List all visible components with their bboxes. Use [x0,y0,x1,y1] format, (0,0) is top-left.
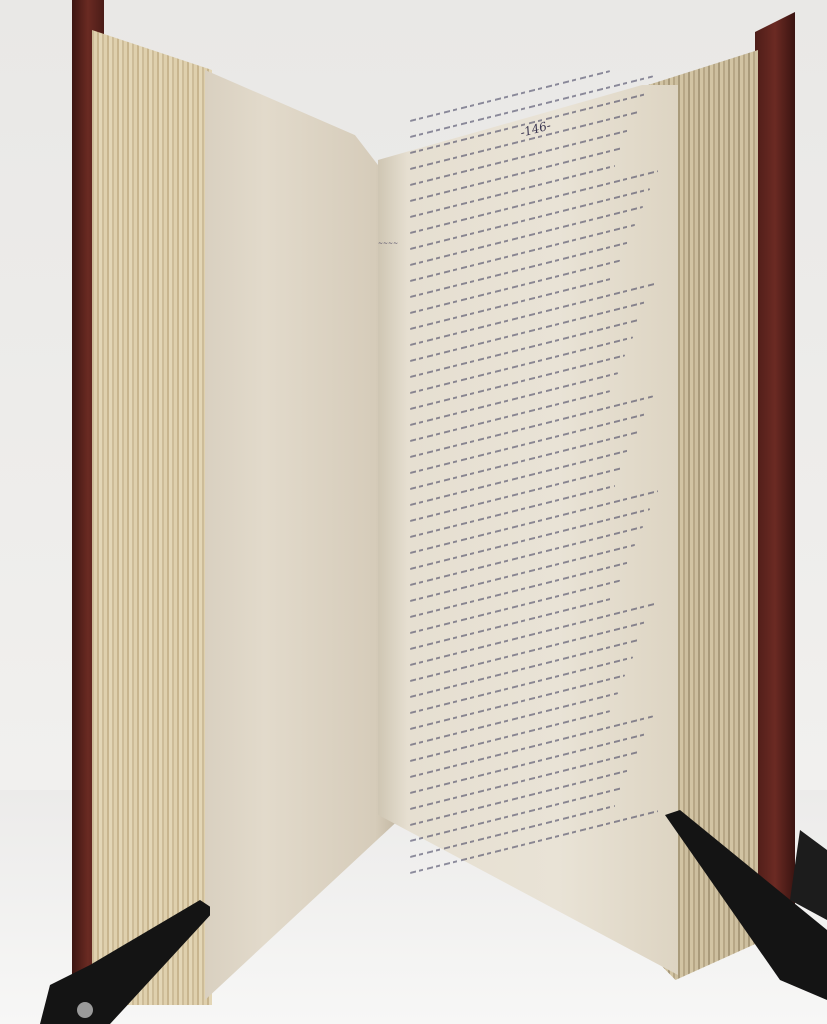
handwritten-line [410,431,638,490]
handwritten-line [410,129,630,186]
left-page-stack-edges [92,30,212,1005]
handwritten-line [410,224,635,282]
handwritten-line [410,490,658,554]
clamp-right-icon [660,810,827,1000]
handwritten-line [410,467,623,522]
handwritten-line [410,170,658,234]
handwritten-text-block [410,58,660,820]
clamp-left-icon [40,895,210,1024]
handwritten-line [410,508,650,570]
handwritten-line [410,396,653,458]
handwritten-line [410,337,633,394]
handwritten-line [410,206,643,266]
handwritten-line [410,413,645,474]
handwritten-line [410,580,620,634]
handwritten-line [410,188,650,250]
handwritten-line [410,354,625,410]
handwritten-line [410,526,643,586]
handwritten-line [410,674,625,730]
handwritten-line [410,260,620,314]
handwritten-line [410,319,640,378]
margin-note: ~~~~ [378,240,398,247]
handwritten-line [410,242,628,298]
handwritten-line [410,621,648,682]
handwritten-line [410,603,655,666]
handwritten-line [410,544,635,602]
handwritten-line [410,111,638,170]
handwritten-line [410,657,633,714]
handwritten-line [410,639,640,698]
handwritten-line [410,562,628,618]
handwritten-line [410,301,648,362]
handwritten-line [410,449,630,506]
handwritten-line [410,147,623,202]
handwritten-line [410,283,655,346]
